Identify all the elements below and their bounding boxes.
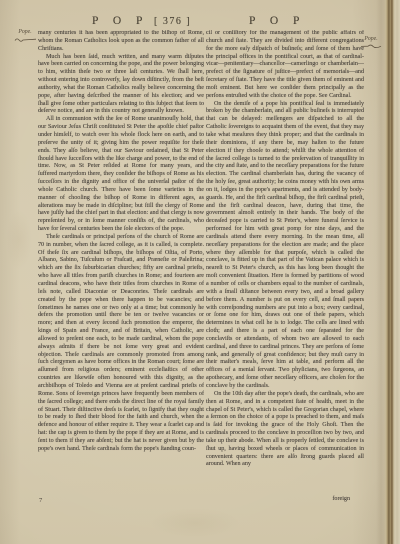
paper-stain: [150, 508, 240, 538]
flourish-icon: [14, 36, 38, 43]
running-head: P O P [ 376 ] P O P: [0, 0, 400, 30]
paragraph: many centuries it has been appropriated …: [38, 30, 204, 54]
margin-note-left-label: Pope.: [18, 29, 31, 35]
paper-stain: [6, 210, 32, 270]
paragraph: Much has been ſaid, much written, and ma…: [38, 54, 204, 117]
running-head-left-title: P O P: [92, 15, 148, 27]
catchword: foreign: [264, 496, 350, 502]
book-page-edge: [376, 0, 400, 544]
page-number-folio: [ 376 ]: [154, 16, 191, 27]
left-text-column: many centuries it has been appropriated …: [38, 30, 204, 502]
paragraph: On the 10th day after the pope's death, …: [206, 391, 364, 469]
paragraph: Theſe cardinals or principal perſons of …: [38, 234, 204, 454]
paragraph: All in communion with the ſee of Rome un…: [38, 116, 204, 234]
paragraph: On the demiſe of a pope his pontifical ſ…: [206, 101, 364, 391]
book-page: P O P [ 376 ] P O P Pope. Pope. many cen…: [0, 0, 400, 544]
margin-note-left: Pope.: [14, 29, 36, 43]
paragraph: cil or conſiſtory for the management of …: [206, 30, 364, 101]
press-figure: 7: [39, 497, 42, 504]
right-text-column: cil or conſiſtory for the management of …: [206, 30, 364, 502]
running-head-right-title: P O P: [249, 15, 305, 27]
